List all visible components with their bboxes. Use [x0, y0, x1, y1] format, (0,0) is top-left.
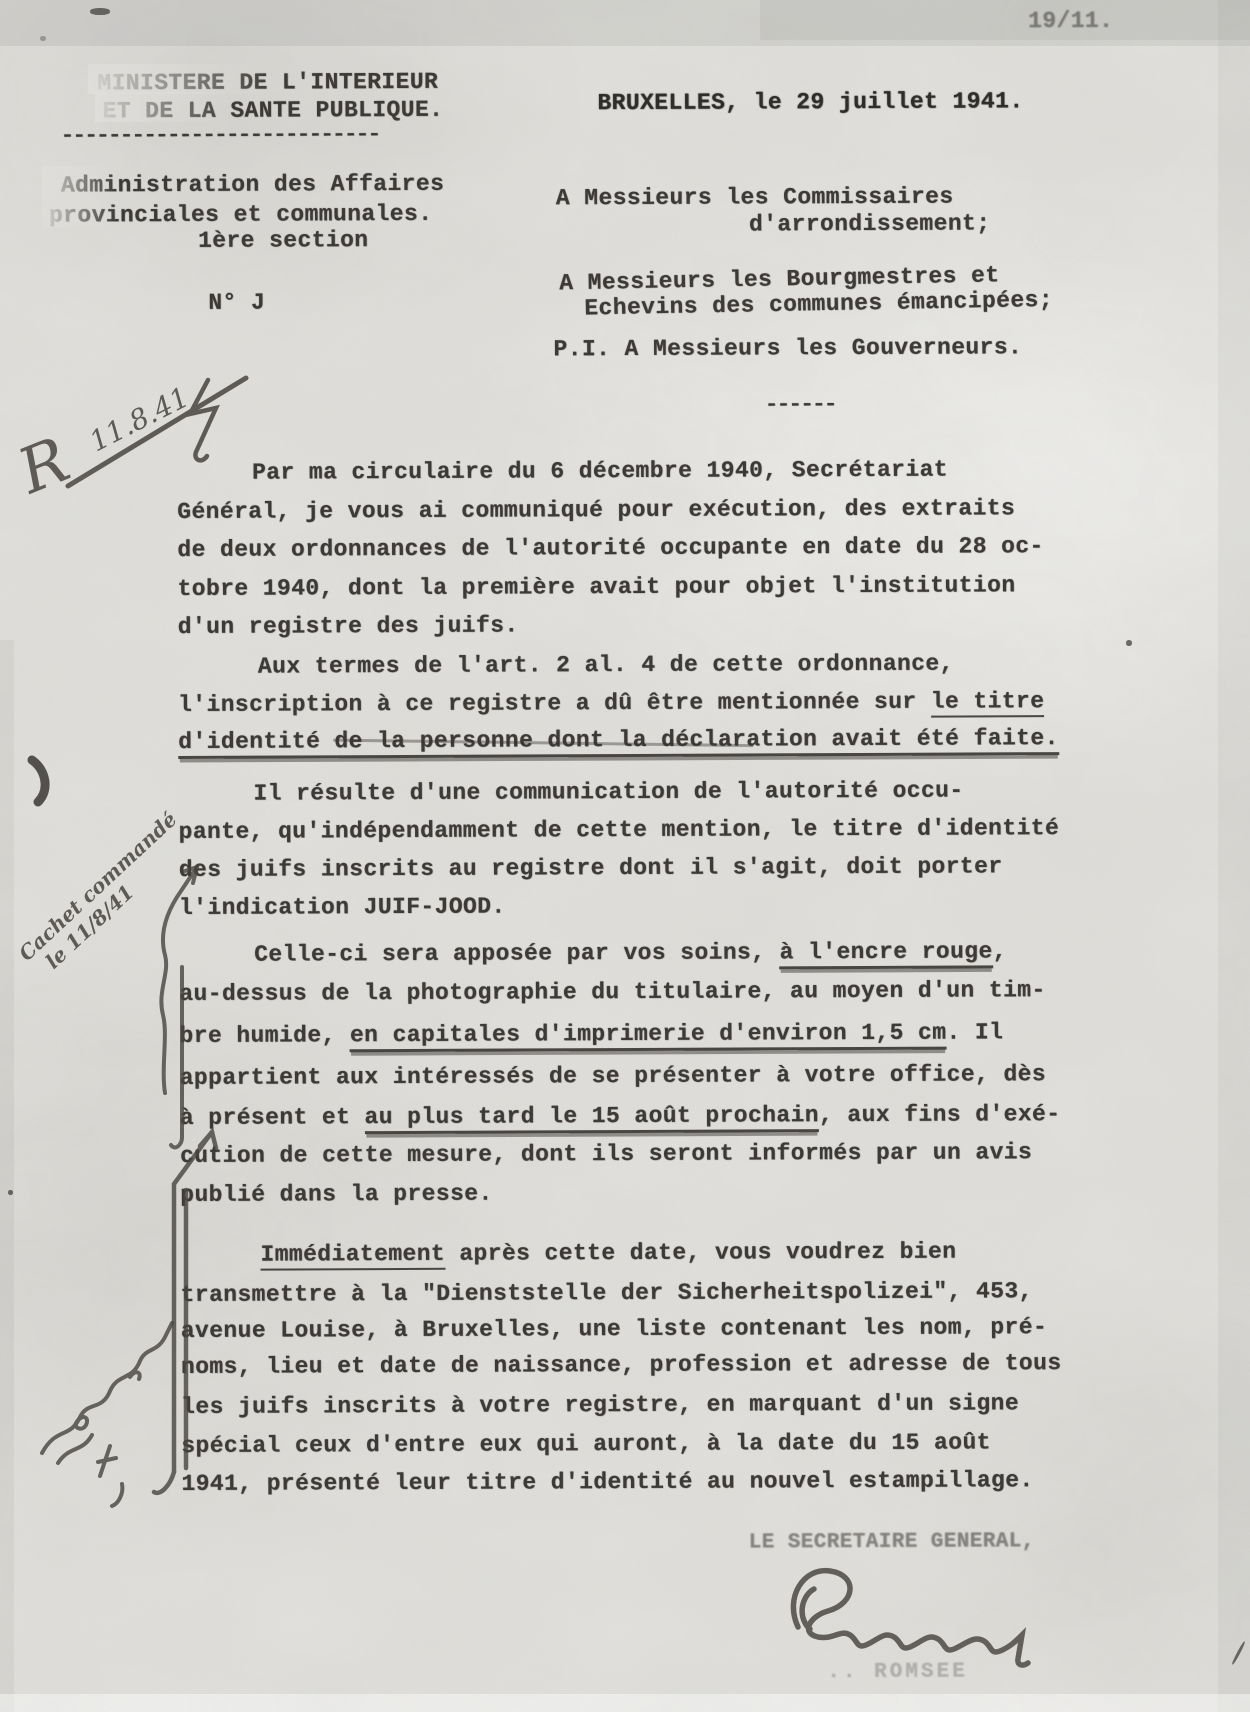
recipient-separator: ------ — [765, 393, 836, 416]
letterhead-rule: --------------------------- — [61, 123, 380, 147]
body-p3-l4: l'indication JUIF-JOOD. — [179, 894, 506, 922]
body-p4-l1-post: , — [993, 938, 1007, 964]
body-p2-l3: d'identité de la personne dont la déclar… — [178, 725, 1059, 756]
scanned-letter-page: 19/11. MINISTERE DE L'INTERIEUR ET DE LA… — [0, 0, 1250, 1712]
body-p1-l4: tobre 1940, dont la première avait pour … — [178, 572, 1016, 603]
body-p5-l1-post: après cette date, vous voudrez bien — [445, 1239, 956, 1267]
body-p2-l2-underlined: le titre — [931, 688, 1045, 717]
letterhead-line-1: MINISTERE DE L'INTERIEUR — [97, 69, 438, 97]
body-p5-l2: transmettre à la "Dienststelle der Siche… — [181, 1278, 1033, 1309]
body-p5-l6: spécial ceux d'entre eux qui auront, à l… — [181, 1429, 991, 1460]
body-p4-l4: appartient aux intéressés de se présente… — [180, 1061, 1046, 1092]
ink-blob — [20, 752, 64, 810]
body-p4-l3-post: . Il — [946, 1019, 1003, 1045]
body-p1-l3: de deux ordonnances de l'autorité occupa… — [177, 533, 1043, 564]
letterhead-section: 1ère section — [198, 227, 369, 255]
received-r-letter: R — [12, 423, 79, 509]
body-p4-l2: au-dessus de la photographie du titulair… — [179, 977, 1045, 1008]
letterhead-admin-1: Administration des Affaires — [61, 171, 445, 200]
speck — [8, 1190, 13, 1195]
handwritten-received-mark: R 11.8.41 — [12, 352, 292, 537]
speck — [90, 8, 110, 15]
received-paraph-stroke — [190, 380, 216, 460]
margin-brace-p4 — [135, 855, 225, 1155]
body-p3-l3: des juifs inscrits au registre dont il s… — [179, 853, 1003, 884]
body-p1-l5: d'un registre des juifs. — [178, 612, 519, 640]
body-p4-l5-post: , aux fins d'exé- — [819, 1101, 1061, 1128]
body-p4-l6: cution de cette mesure, dont ils seront … — [180, 1139, 1032, 1170]
body-p5-l7: 1941, présenté leur titre d'identité au … — [181, 1467, 1033, 1498]
recipient-1a: A Messieurs les Commissaires — [556, 184, 954, 213]
letterhead-line-2: ET DE LA SANTE PUBLIQUE. — [102, 97, 443, 125]
body-p4-l1-underlined: à l'encre rouge — [780, 938, 993, 969]
corner-mark: 19/11. — [1028, 8, 1113, 35]
body-p5-l4: noms, lieu et date de naissance, profess… — [181, 1350, 1062, 1381]
signature — [770, 1553, 1040, 1678]
body-p1-l2: Général, je vous ai communiqué pour exéc… — [177, 495, 1015, 526]
margin-tick-mark — [88, 1440, 138, 1510]
body-p5-l1: Immédiatement après cette date, vous vou… — [260, 1239, 956, 1269]
speck — [1126, 640, 1132, 646]
body-p3-l2: pante, qu'indépendamment de cette mentio… — [179, 815, 1060, 846]
body-p5-l5: les juifs inscrits à votre registre, en … — [181, 1390, 1019, 1421]
body-p1-l1: Par ma circulaire du 6 décembre 1940, Se… — [252, 457, 948, 487]
body-p2-l1: Aux termes de l'art. 2 al. 4 de cette or… — [258, 651, 954, 681]
body-p4-l1: Celle-ci sera apposée par vos soins, à l… — [254, 938, 1007, 968]
body-p5-l3: avenue Louise, à Bruxelles, une liste co… — [181, 1314, 1047, 1345]
letterhead-ref: N° J — [208, 290, 265, 317]
speck — [40, 36, 46, 41]
body-p2-l2-pre: l'inscription à ce registre a dû être me… — [178, 689, 931, 718]
dateline: BRUXELLES, le 29 juillet 1941. — [597, 88, 1023, 117]
body-p4-l1-pre: Celle-ci sera apposée par vos soins, — [254, 939, 780, 967]
body-p4-l3-underlined: en capitales d'imprimerie d'environ 1,5 … — [350, 1020, 947, 1053]
body-p2-l2: l'inscription à ce registre a dû être me… — [178, 688, 1044, 719]
body-p4-l5-underlined: au plus tard le 15 août prochain — [364, 1102, 819, 1134]
body-p4-l3: bre humide, en capitales d'imprimerie d'… — [179, 1019, 1003, 1050]
body-p5-l1-underlined: Immédiatement — [260, 1241, 445, 1271]
body-p4-l5: à présent et au plus tard le 15 août pro… — [180, 1101, 1061, 1132]
letterhead-admin-2: provinciales et communales. — [49, 201, 433, 230]
recipient-3: P.I. A Messieurs les Gouverneurs. — [553, 334, 1022, 363]
recipient-1b: d'arrondissement; — [749, 210, 991, 238]
body-p3-l1: Il résulte d'une communication de l'auto… — [253, 778, 963, 808]
